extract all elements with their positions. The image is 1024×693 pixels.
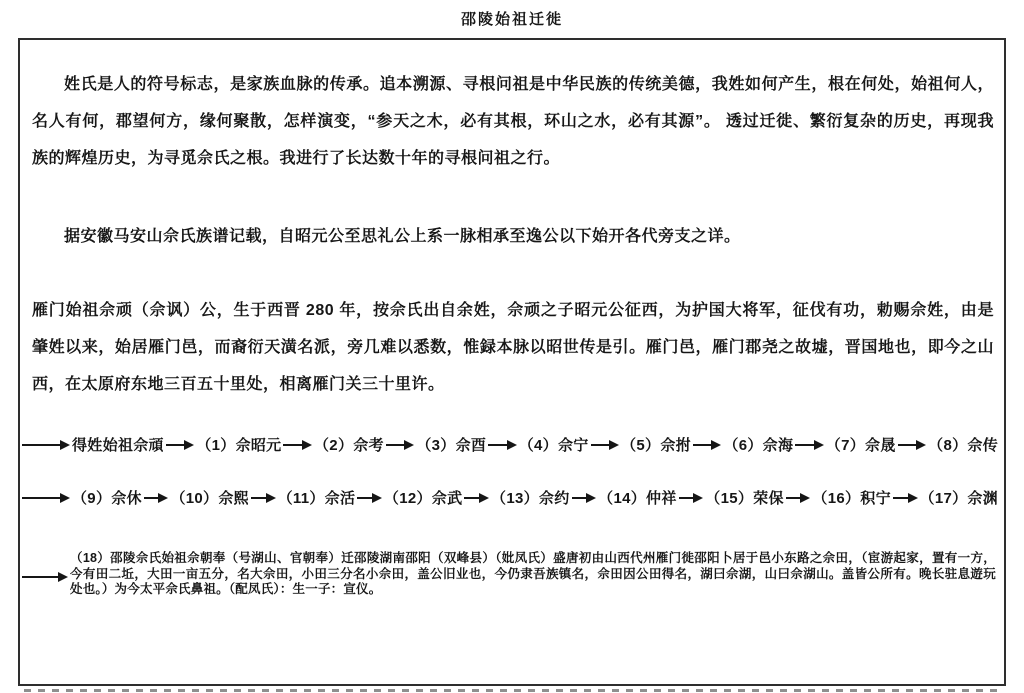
arrow-right-icon (22, 497, 68, 499)
lineage-node: （17）佘渊 (920, 487, 999, 508)
lineage-node-18-block: （18）邵陵佘氏始祖佘朝奉（号湖山、官朝奉）迁邵陵湖南邵阳（双峰县）（妣凤氏）盛… (20, 551, 996, 598)
lineage-node: （12）佘武 (384, 487, 463, 508)
lineage-node-18-text: （18）邵陵佘氏始祖佘朝奉（号湖山、官朝奉）迁邵陵湖南邵阳（双峰县）（妣凤氏）盛… (70, 551, 996, 598)
document-border-box: 姓氏是人的符号标志，是家族血脉的传承。追本溯源、寻根问祖是中华民族的传统美德，我… (18, 38, 1006, 686)
lineage-node: （4）佘宁 (519, 434, 589, 455)
arrow-right-icon (22, 576, 66, 578)
arrow-right-icon (251, 497, 274, 499)
lineage-node: （14）仲祥 (598, 487, 677, 508)
lineage-chain-row-1: 得姓始祖佘頑 （1）佘昭元 （2）佘考 （3）佘酉 （4）佘宁 （5）佘拊 （6… (20, 434, 998, 455)
lineage-node: （11）佘活 (278, 487, 356, 508)
arrow-right-icon (464, 497, 487, 499)
lineage-node: （1）佘昭元 (196, 434, 281, 455)
arrow-right-icon (488, 444, 515, 446)
page-title: 邵陵始祖迁徙 (0, 8, 1024, 29)
arrow-right-icon (357, 497, 380, 499)
lineage-node: （16）积宁 (812, 487, 891, 508)
lineage-node: （10）佘熙 (170, 487, 249, 508)
lineage-node: （9）佘休 (72, 487, 142, 508)
lineage-node: （3）佘酉 (416, 434, 486, 455)
arrow-right-icon (786, 497, 809, 499)
lineage-node: （13）佘约 (491, 487, 570, 508)
lineage-node: （15）荣保 (705, 487, 784, 508)
arrow-right-icon (591, 444, 618, 446)
lineage-node: （5）佘拊 (621, 434, 691, 455)
arrow-right-icon (679, 497, 702, 499)
arrow-right-icon (386, 444, 413, 446)
paragraph-intro: 姓氏是人的符号标志，是家族血脉的传承。追本溯源、寻根问祖是中华民族的传统美德，我… (32, 66, 994, 177)
arrow-right-icon (893, 497, 916, 499)
lineage-node: （6）佘海 (723, 434, 793, 455)
lineage-node: （8）佘传 (928, 434, 998, 455)
arrow-right-icon (898, 444, 925, 446)
arrow-right-icon (283, 444, 310, 446)
lineage-chain-row-2: （9）佘休 （10）佘熙 （11）佘活 （12）佘武 （13）佘约 （14）仲祥… (20, 487, 998, 508)
paragraph-genealogy-record: 据安徽马安山佘氏族谱记载，自昭元公至思礼公上系一脉相承至逸公以下始开各代旁支之详… (32, 218, 994, 255)
document-page: 邵陵始祖迁徙 姓氏是人的符号标志，是家族血脉的传承。追本溯源、寻根问祖是中华民族… (0, 0, 1024, 693)
arrow-right-icon (144, 497, 167, 499)
arrow-right-icon (795, 444, 822, 446)
paragraph-yanmen-ancestor: 雁门始祖佘顽（佘讽）公，生于西晋 280 年，按佘氏出自余姓，佘顽之子昭元公征西… (32, 292, 994, 403)
lineage-node: 得姓始祖佘頑 (72, 434, 164, 455)
arrow-right-icon (22, 444, 68, 446)
lineage-node: （2）佘考 (314, 434, 384, 455)
arrow-right-icon (693, 444, 720, 446)
lineage-node: （7）佘晟 (826, 434, 896, 455)
arrow-right-icon (166, 444, 193, 446)
next-line-cutoff (24, 689, 1004, 692)
arrow-right-icon (572, 497, 595, 499)
